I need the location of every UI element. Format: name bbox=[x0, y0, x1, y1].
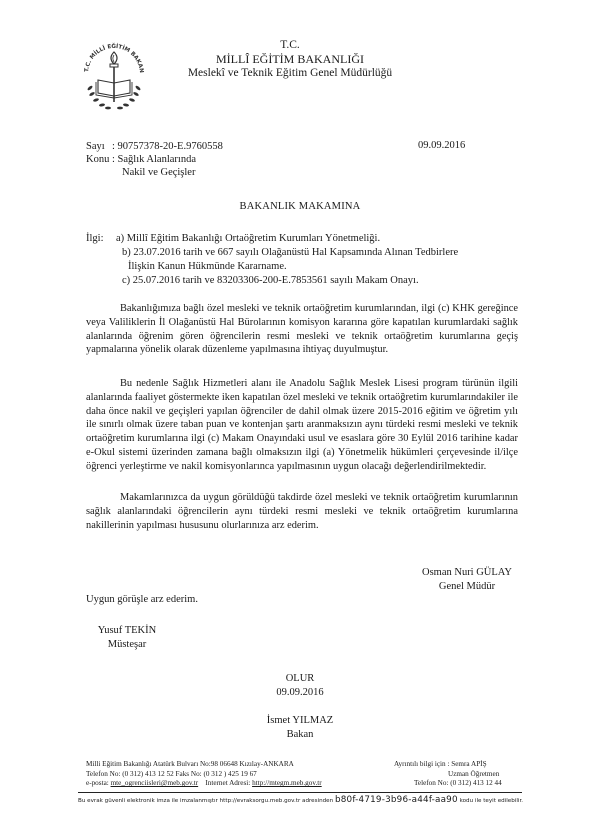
minister-signature: İsmet YILMAZ Bakan bbox=[250, 714, 350, 742]
body-paragraph: Bakanlığımıza bağlı özel mesleki ve tekn… bbox=[86, 302, 518, 357]
ministry-logo-icon: T.C. MİLLÎ EĞİTİM BAKANLIĞI bbox=[80, 36, 148, 116]
footer-address: Milli Eğitim Bakanlığı Atatürk Bulvarı N… bbox=[86, 760, 322, 770]
footer-contact: Ayrıntılı bilgi için : Semra APİŞ bbox=[394, 760, 502, 770]
undersecretary-name: Yusuf TEKİN bbox=[92, 624, 162, 638]
letterhead-ministry: MİLLÎ EĞİTİM BAKANLIĞI bbox=[160, 52, 420, 66]
approval-block: OLUR 09.09.2016 bbox=[250, 672, 350, 700]
footer-email-label: e-posta: bbox=[86, 779, 109, 787]
sayi-label: Sayı bbox=[86, 140, 112, 153]
director-signature: Osman Nuri GÜLAY Genel Müdür bbox=[412, 566, 522, 594]
verification-code: b80f-4719-3b96-a44f-aa90 bbox=[335, 795, 458, 805]
approval-note: Uygun görüşle arz ederim. bbox=[86, 594, 198, 605]
footer: Milli Eğitim Bakanlığı Atatürk Bulvarı N… bbox=[86, 760, 526, 790]
footer-contact-phone: Telefon No: (0 312) 413 12 44 bbox=[394, 779, 502, 789]
letterhead-tc: T.C. bbox=[160, 38, 420, 52]
references-label: İlgi: bbox=[86, 232, 104, 246]
footer-web-link[interactable]: http://mtegm.meb.gov.tr bbox=[252, 779, 322, 787]
undersecretary-signature: Yusuf TEKİN Müsteşar bbox=[92, 624, 162, 652]
reference-number: Sayı: 90757378-20-E.9760558 bbox=[86, 140, 223, 153]
director-title: Genel Müdür bbox=[412, 580, 522, 594]
verification-prefix: Bu evrak güvenli elektronik imza ile imz… bbox=[78, 798, 333, 804]
olur-date: 09.09.2016 bbox=[250, 686, 350, 700]
verification-suffix: kodu ile teyit edilebilir. bbox=[460, 798, 523, 804]
letterhead-directorate: Meslekî ve Teknik Eğitim Genel Müdürlüğü bbox=[160, 66, 420, 80]
sayi-value: : 90757378-20-E.9760558 bbox=[112, 141, 223, 152]
minister-name: İsmet YILMAZ bbox=[250, 714, 350, 728]
footer-contact-title: Uzman Öğretmen bbox=[394, 770, 502, 780]
footer-email-link[interactable]: mte_ogrenciisleri@meb.gov.tr bbox=[111, 779, 199, 787]
director-name: Osman Nuri GÜLAY bbox=[412, 566, 522, 580]
letterhead: T.C. MİLLÎ EĞİTİM BAKANLIĞI Meslekî ve T… bbox=[160, 38, 420, 80]
footer-phone-fax: Telefon No: (0 312) 413 12 52 Faks No: (… bbox=[86, 770, 322, 780]
verification-note: Bu evrak güvenli elektronik imza ile imz… bbox=[78, 795, 538, 806]
reference-item-continued: İlişkin Kanun Hükmünde Kararname. bbox=[116, 260, 536, 274]
subject-line-2: Nakil ve Geçişler bbox=[122, 166, 195, 179]
footer-web-label: Internet Adresi: bbox=[205, 779, 250, 787]
minister-title: Bakan bbox=[250, 728, 350, 742]
references: İlgi: a) Millî Eğitim Bakanlığı Ortaöğre… bbox=[86, 232, 526, 292]
reference-item: c) 25.07.2016 tarih ve 83203306-200-E.78… bbox=[116, 274, 536, 288]
body-paragraph: Bu nedenle Sağlık Hizmetleri alanı ile A… bbox=[86, 377, 518, 474]
subject: Konu: Sağlık Alanlarında bbox=[86, 153, 196, 166]
olur-label: OLUR bbox=[250, 672, 350, 686]
addressee-title: BAKANLIK MAKAMINA bbox=[0, 201, 600, 212]
footer-divider bbox=[78, 792, 522, 793]
konu-value: : Sağlık Alanlarında bbox=[112, 154, 196, 165]
document-date: 09.09.2016 bbox=[418, 140, 465, 151]
reference-item: a) Millî Eğitim Bakanlığı Ortaöğretim Ku… bbox=[116, 232, 536, 246]
body-paragraph: Makamlarınızca da uygun görüldüğü takdir… bbox=[86, 491, 518, 532]
undersecretary-title: Müsteşar bbox=[92, 638, 162, 652]
reference-item: b) 23.07.2016 tarih ve 667 sayılı Olağan… bbox=[116, 246, 536, 260]
konu-label: Konu bbox=[86, 153, 112, 166]
